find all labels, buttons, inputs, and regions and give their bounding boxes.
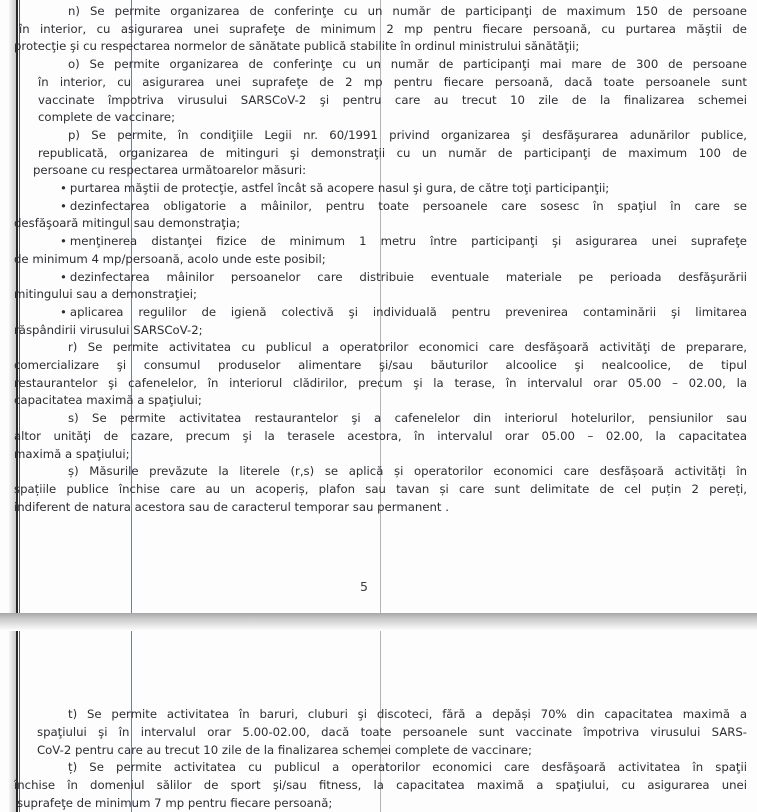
text-line: o) Se permite organizarea de conferinţe …	[68, 56, 747, 74]
text-line: ș) Măsurile prevăzute la literele (r,s) …	[68, 463, 747, 481]
text-line: indiferent de natura acestora sau de car…	[14, 499, 747, 517]
page-separator	[0, 613, 757, 631]
text-line: republicată, organizarea de mitinguri şi…	[38, 145, 747, 163]
text-line: spațiile publice închise care au un acop…	[14, 481, 747, 499]
page-number: 5	[360, 579, 368, 594]
text-line: CoV-2 pentru care au trecut 10 zile de l…	[37, 742, 747, 760]
text-line: maximă a spaţiului;	[14, 446, 747, 464]
text-line: •dezinfectarea obligatorie a mâinilor, p…	[60, 198, 747, 216]
text-line: s) Se permite activitatea restaurantelor…	[68, 410, 747, 428]
document-viewer: n) Se permite organizarea de conferinţe …	[0, 0, 757, 812]
bullet-icon: •	[60, 234, 67, 248]
text-line: •purtarea măştii de protecţie, astfel în…	[60, 180, 747, 198]
bullet-icon: •	[60, 181, 67, 195]
text-line: spaţiului şi în intervalul orar 5.00-02.…	[37, 724, 747, 742]
text-line: •menţinerea distanţei fizice de minimum …	[60, 233, 747, 251]
text-line: în interior, cu asigurarea unei suprafeţ…	[19, 21, 747, 39]
text-line: închise în domeniul sălilor de sport şi/…	[14, 777, 747, 795]
page-6-text: t) Se permite activitatea în baruri, clu…	[14, 706, 747, 812]
text-line: •dezinfectarea mâinilor persoanelor care…	[60, 269, 747, 287]
text-line: p) Se permite, în condiţiile Legii nr. 6…	[68, 127, 747, 145]
text-line: desfăşoară mitingul sau demonstraţia;	[14, 215, 747, 233]
page-5: n) Se permite organizarea de conferinţe …	[0, 0, 757, 613]
text-line: vaccinate împotriva virusului SARSCoV-2 …	[38, 92, 747, 110]
text-line: •aplicarea regulilor de igienă colectivă…	[60, 304, 747, 322]
text-line: de minimum 4 mp/persoană, acolo unde est…	[14, 251, 747, 269]
text-line: ț) Se permite activitatea cu publicul a …	[68, 759, 747, 777]
bullet-icon: •	[60, 305, 67, 319]
text-line: restaurantelor şi cafenelelor, în interi…	[14, 375, 747, 393]
text-line: răspândirii virusului SARSCoV-2;	[14, 322, 747, 340]
bullet-icon: •	[60, 199, 67, 213]
text-line: protecţie şi cu respectarea normelor de …	[14, 38, 747, 56]
text-line: persoane cu respectarea următoarelor măs…	[33, 162, 747, 180]
text-line: complete de vaccinare;	[38, 109, 747, 127]
text-line: capacitatea maximă a spaţiului;	[14, 392, 747, 410]
text-line: n) Se permite organizarea de conferinţe …	[68, 3, 747, 21]
text-line: suprafeţe de minimum 7 mp pentru fiecare…	[17, 795, 747, 812]
text-line: altor unităţi de cazare, precum şi la te…	[14, 428, 747, 446]
page-6: t) Se permite activitatea în baruri, clu…	[0, 631, 757, 812]
text-line: t) Se permite activitatea în baruri, clu…	[68, 706, 747, 724]
page-5-text: n) Se permite organizarea de conferinţe …	[14, 3, 747, 516]
bullet-icon: •	[60, 270, 67, 284]
text-line: r) Se permite activitatea cu publicul a …	[68, 339, 747, 357]
text-line: comercializare şi consumul produselor al…	[14, 357, 747, 375]
text-line: în interior, cu asigurarea unei suprafeţ…	[38, 74, 747, 92]
text-line: mitingului sau a demonstraţiei;	[14, 286, 747, 304]
